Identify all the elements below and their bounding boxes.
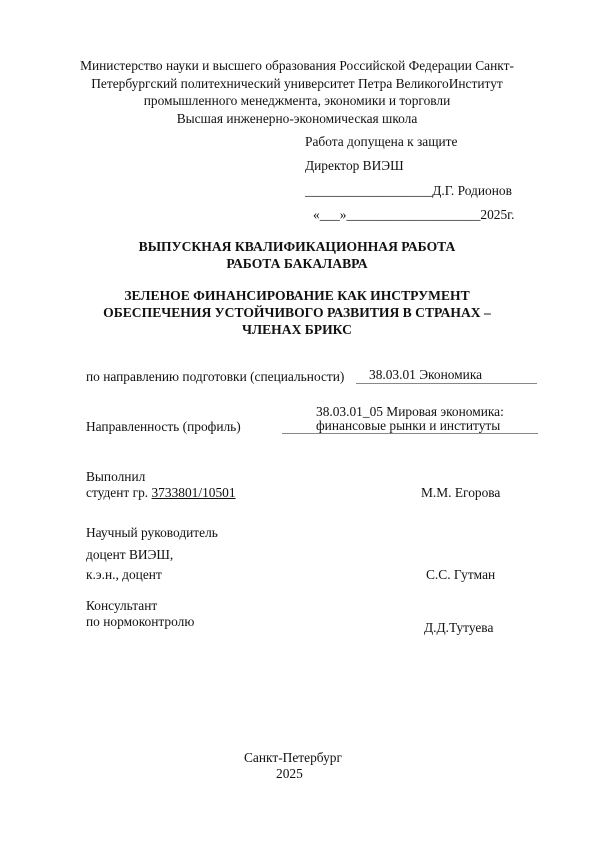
- consultant-name: Д.Д.Тутуева: [424, 620, 493, 636]
- document-title: ВЫПУСКНАЯ КВАЛИФИКАЦИОННАЯ РАБОТА РАБОТА…: [40, 238, 554, 272]
- header-line: промышленного менеджмента, экономики и т…: [40, 92, 554, 110]
- consultant-label: Консультант: [86, 598, 157, 614]
- director-signature-line: ___________________Д.Г. Родионов: [305, 183, 512, 199]
- supervisor-position: доцент ВИЭШ,: [86, 547, 173, 563]
- title-line-1: ВЫПУСКНАЯ КВАЛИФИКАЦИОННАЯ РАБОТА: [40, 238, 554, 255]
- direction-value: 38.03.01 Экономика: [369, 367, 482, 383]
- header-line: Министерство науки и высшего образования…: [40, 57, 554, 75]
- approval-admitted: Работа допущена к защите: [305, 134, 457, 150]
- supervisor-name: С.С. Гутман: [426, 567, 495, 583]
- student-line: студент гр. 3733801/10501: [86, 485, 236, 501]
- title-line-2: РАБОТА БАКАЛАВРА: [40, 255, 554, 272]
- supervisor-degree: к.э.н., доцент: [86, 567, 162, 583]
- student-prefix: студент гр.: [86, 485, 151, 500]
- footer-city: Санкт-Петербург: [244, 750, 342, 766]
- performer-label: Выполнил: [86, 469, 145, 485]
- header-line: Высшая инженерно-экономическая школа: [40, 110, 554, 128]
- student-name: М.М. Егорова: [421, 485, 500, 501]
- topic-line-3: ЧЛЕНАХ БРИКС: [40, 321, 554, 338]
- approval-date-line: «___»____________________2025г.: [313, 207, 515, 223]
- ministry-header: Министерство науки и высшего образования…: [40, 57, 554, 127]
- approval-position: Директор ВИЭШ: [305, 158, 404, 174]
- signature-blank: ___________________: [305, 183, 432, 198]
- supervisor-label: Научный руководитель: [86, 525, 218, 541]
- profile-label: Направленность (профиль): [86, 419, 241, 435]
- header-line: Петербургский политехнический университе…: [40, 75, 554, 93]
- footer-year: 2025: [276, 766, 303, 782]
- topic-line-2: ОБЕСПЕЧЕНИЯ УСТОЙЧИВОГО РАЗВИТИЯ В СТРАН…: [40, 304, 554, 321]
- thesis-topic: ЗЕЛЕНОЕ ФИНАНСИРОВАНИЕ КАК ИНСТРУМЕНТ ОБ…: [40, 287, 554, 338]
- consultant-sub: по нормоконтролю: [86, 614, 194, 630]
- date-year: 2025г.: [480, 207, 514, 222]
- student-group: 3733801/10501: [151, 485, 235, 500]
- profile-value-line-2: финансовые рынки и институты: [316, 418, 500, 434]
- date-blank: «___»____________________: [313, 207, 480, 222]
- director-name: Д.Г. Родионов: [432, 183, 512, 198]
- topic-line-1: ЗЕЛЕНОЕ ФИНАНСИРОВАНИЕ КАК ИНСТРУМЕНТ: [40, 287, 554, 304]
- direction-label: по направлению подготовки (специальности…: [86, 369, 344, 385]
